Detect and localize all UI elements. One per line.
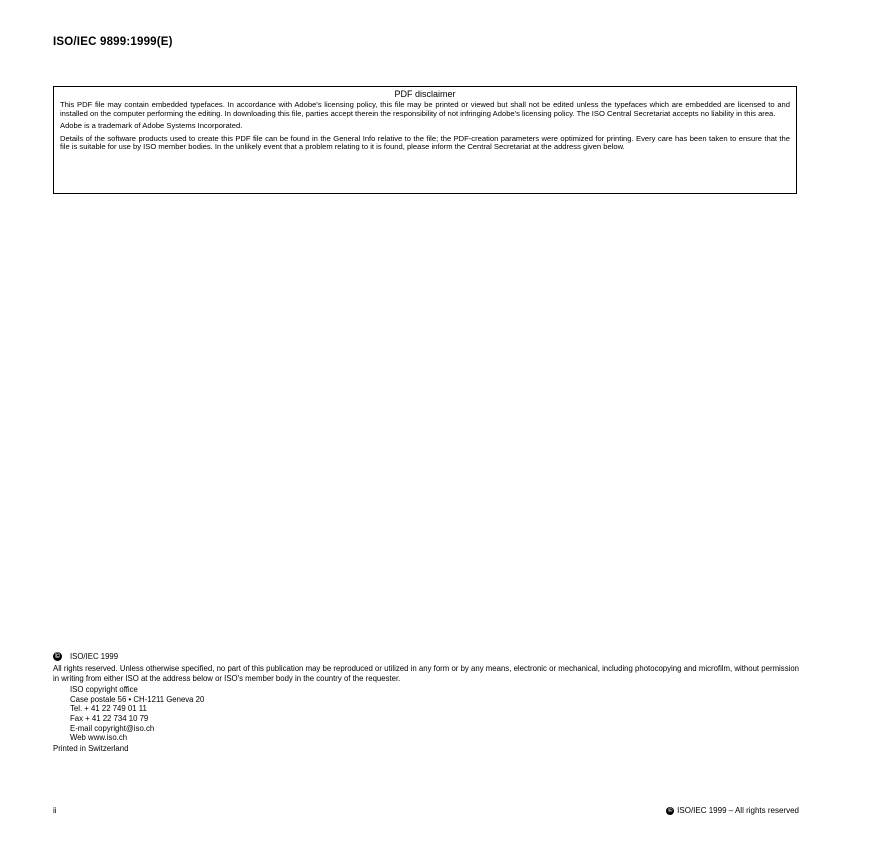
document-header-title: ISO/IEC 9899:1999(E): [53, 36, 173, 48]
footer-copyright: © ISO/IEC 1999 – All rights reserved: [666, 806, 799, 815]
disclaimer-title: PDF disclaimer: [60, 89, 790, 100]
address-tel: Tel. + 41 22 749 01 11: [70, 704, 799, 714]
copyright-line: © ISO/IEC 1999: [53, 652, 799, 661]
printed-in-note: Printed in Switzerland: [53, 744, 799, 753]
copyright-office-address: ISO copyright office Case postale 56 • C…: [53, 685, 799, 743]
page-number: ii: [53, 806, 57, 815]
address-web: Web www.iso.ch: [70, 733, 799, 743]
copyright-icon: ©: [53, 652, 62, 661]
pdf-disclaimer-box: PDF disclaimer This PDF file may contain…: [53, 86, 797, 194]
rights-reserved-paragraph: All rights reserved. Unless otherwise sp…: [53, 664, 799, 683]
footer-copyright-icon: ©: [666, 807, 674, 815]
copyright-holder: ISO/IEC 1999: [70, 652, 118, 661]
address-fax: Fax + 41 22 734 10 79: [70, 714, 799, 724]
copyright-block: © ISO/IEC 1999 All rights reserved. Unle…: [53, 652, 799, 753]
footer-copyright-text: ISO/IEC 1999 – All rights reserved: [677, 806, 799, 815]
address-postal: Case postale 56 • CH-1211 Geneva 20: [70, 695, 799, 705]
disclaimer-paragraph-trademark: Adobe is a trademark of Adobe Systems In…: [60, 122, 790, 131]
address-office-name: ISO copyright office: [70, 685, 799, 695]
disclaimer-paragraph-typefaces: This PDF file may contain embedded typef…: [60, 101, 790, 118]
disclaimer-paragraph-details: Details of the software products used to…: [60, 135, 790, 152]
address-email: E-mail copyright@iso.ch: [70, 724, 799, 734]
